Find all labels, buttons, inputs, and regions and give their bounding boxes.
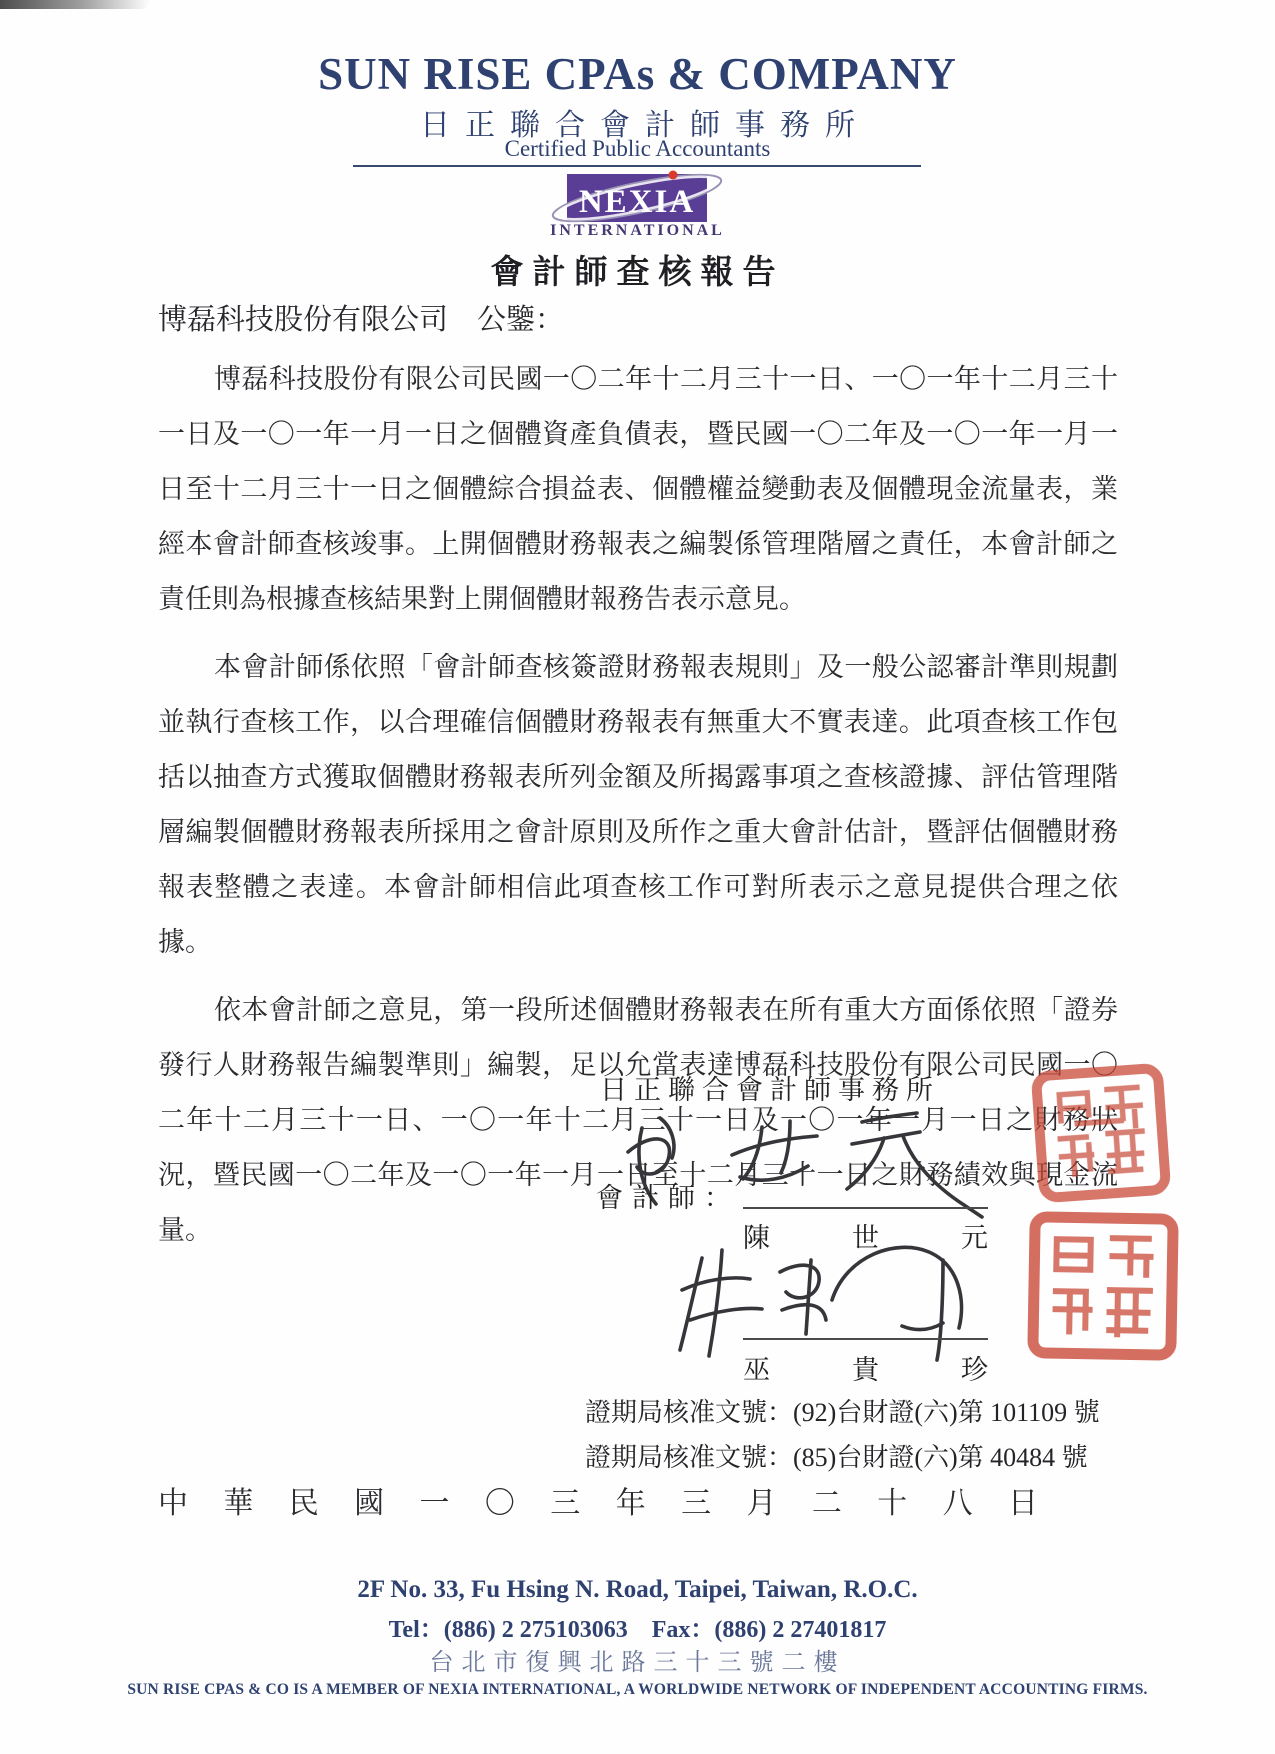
cpa-seal-wu-icon	[1025, 1209, 1182, 1364]
footer-address-chinese: 台北市復興北路三十三號二樓	[0, 1642, 1275, 1677]
signature-line-1	[743, 1207, 988, 1209]
approval-number-2: 證期局核准文號：(85)台財證(六)第 40484 號	[585, 1437, 1088, 1474]
paragraph-audit-basis: 本會計師係依照「會計師查核簽證財務報表規則」及一般公認審計準則規劃並執行查核工作…	[158, 640, 1118, 970]
nexia-caption: INTERNATIONAL	[0, 222, 1275, 240]
footer-address-english: 2F No. 33, Fu Hsing N. Road, Taipei, Tai…	[0, 1576, 1275, 1604]
audit-report-page: SUN RISE CPAs & COMPANY 日正聯合會計師事務所 Certi…	[0, 0, 1275, 1754]
scan-artifact	[0, 0, 150, 9]
footer-tel-fax: Tel：(886) 2 275103063 Fax：(886) 2 274018…	[0, 1609, 1275, 1644]
company-subtitle: Certified Public Accountants	[0, 136, 1275, 162]
salutation-line: 博磊科技股份有限公司 公鑒：	[158, 297, 564, 338]
paragraph-scope: 博磊科技股份有限公司民國一〇二年十二月三十一日、一〇一年十二月三十一日及一〇一年…	[158, 352, 1118, 627]
report-title: 會計師查核報告	[0, 246, 1275, 293]
cpa-seal-chen-icon	[1027, 1059, 1174, 1206]
cpa-signature-wu	[660, 1232, 1005, 1362]
nexia-logo-icon: NEXIA	[547, 168, 727, 226]
report-date-line: 中 華 民 國 一 〇 三 年 三 月 二 十 八 日	[158, 1478, 1038, 1522]
nexia-logo: NEXIA	[547, 168, 727, 226]
approval-number-1: 證期局核准文號：(92)台財證(六)第 101109 號	[585, 1392, 1100, 1429]
header-divider	[353, 165, 921, 167]
signature-line-2	[743, 1338, 988, 1340]
footer-membership-line: SUN RISE CPAS & CO IS A MEMBER OF NEXIA …	[0, 1681, 1275, 1699]
company-name-english: SUN RISE CPAs & COMPANY	[0, 48, 1275, 100]
orbit-red-dot	[669, 171, 678, 180]
cpa-name-wu: 巫 貴 珍	[743, 1348, 988, 1387]
cpa-label: 會計師：	[596, 1176, 740, 1215]
